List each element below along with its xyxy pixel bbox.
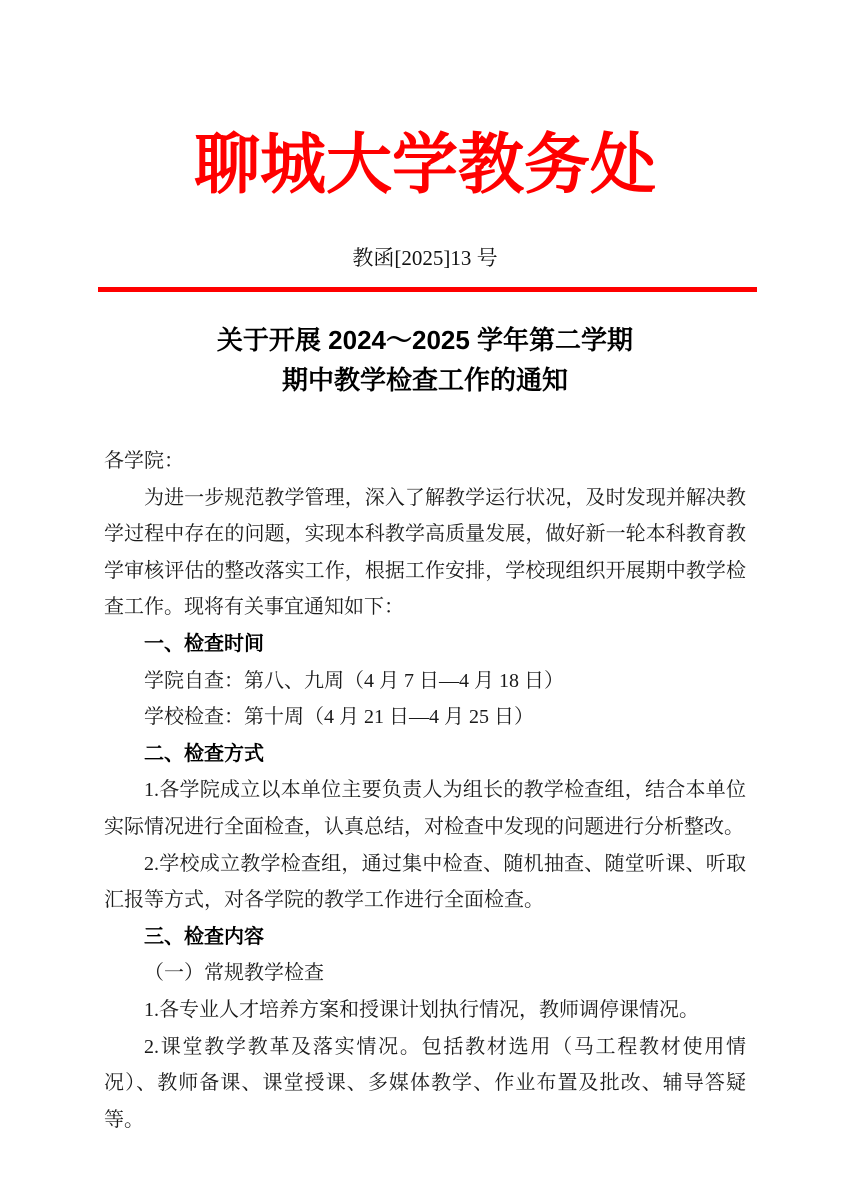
section-heading-2: 二、检查方式 (104, 736, 746, 773)
section2-item-2: 2.学校成立教学检查组，通过集中检查、随机抽查、随堂听课、听取汇报等方式，对各学… (104, 846, 746, 919)
section1-item-self-check: 学院自查：第八、九周（4 月 7 日—4 月 18 日） (104, 663, 746, 700)
section2-item-1: 1.各学院成立以本单位主要负责人为组长的教学检查组，结合本单位实际情况进行全面检… (104, 772, 746, 845)
section3-item-1: 1.各专业人才培养方案和授课计划执行情况，教师调停课情况。 (104, 992, 746, 1029)
intro-paragraph: 为进一步规范教学管理，深入了解教学运行状况，及时发现并解决教学过程中存在的问题，… (104, 480, 746, 626)
section-heading-1: 一、检查时间 (104, 626, 746, 663)
section1-item-school-check: 学校检查：第十周（4 月 21 日—4 月 25 日） (104, 699, 746, 736)
document-page: 聊城大学教务处 教函[2025]13 号 关于开展 2024～2025 学年第二… (0, 0, 850, 1202)
salutation: 各学院： (104, 443, 746, 480)
section3-item-2: 2.课堂教学教革及落实情况。包括教材选用（马工程教材使用情况）、教师备课、课堂授… (104, 1029, 746, 1139)
letterhead: 聊城大学教务处 教函[2025]13 号 (0, 130, 850, 292)
notice-body: 各学院： 为进一步规范教学管理，深入了解教学运行状况，及时发现并解决教学过程中存… (104, 443, 746, 1138)
section-heading-3: 三、检查内容 (104, 919, 746, 956)
notice-title-line2: 期中教学检查工作的通知 (0, 360, 850, 400)
notice-title: 关于开展 2024～2025 学年第二学期 期中教学检查工作的通知 (0, 320, 850, 400)
notice-title-line1: 关于开展 2024～2025 学年第二学期 (0, 320, 850, 360)
section3-subheading-1: （一）常规教学检查 (104, 955, 746, 992)
doc-number: 教函[2025]13 号 (0, 245, 850, 271)
org-title: 聊城大学教务处 (0, 130, 850, 202)
red-divider-line (98, 287, 757, 292)
